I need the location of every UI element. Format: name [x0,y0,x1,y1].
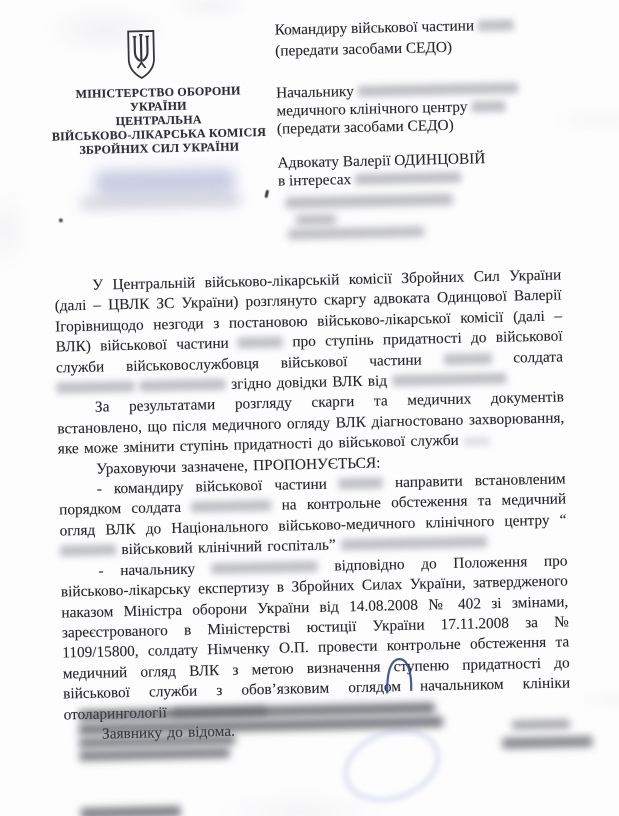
redacted-name [212,561,318,574]
redacted-date-number [392,373,506,386]
redacted-line [288,226,424,239]
scanned-letter-page: МІНІСТЕРСТВО ОБОРОНИ УКРАЇНИ ЦЕНТРАЛЬНА … [0,0,619,816]
redacted-signer-name [502,736,592,749]
pen-signature-stroke [378,653,423,698]
sedo-note-1: (передати засобами СЕДО) [275,36,575,61]
ink-speck [59,218,63,222]
redacted-line [296,214,336,225]
redacted-unit-number [238,337,283,349]
redacted-hospital-name [60,545,116,557]
paragraph-complaint: У Центральній військово-лікарській коміс… [54,265,564,398]
letter-body: У Центральній військово-лікарській коміс… [54,265,571,745]
sedo-note-2-text: (передати засобами СЕДО) [277,117,454,138]
redacted-stamp-blur [79,193,241,210]
ukraine-trident-emblem-icon [123,27,160,82]
redacted-signer-name [512,719,570,729]
redacted-unit-number [478,19,514,31]
interests-text: в інтересах [278,171,352,190]
p2-text: За результатами розгляду скарги та медич… [57,389,564,458]
redacted-patronymic [140,379,226,392]
document-content: МІНІСТЕРСТВО ОБОРОНИ УКРАЇНИ ЦЕНТРАЛЬНА … [0,0,619,816]
recipient-commander-text: Командиру військової частини [275,17,475,38]
recipients-block: Командиру військової частини (передати з… [275,15,580,239]
redacted-text [471,101,505,113]
recipient-chief-text: Начальнику [276,83,354,102]
p1-text-c: солдата [513,348,563,366]
redacted-name [355,172,461,185]
sedo-note-1-text: (передати засобами СЕДО) [275,39,452,60]
redacted-signer-line [79,748,229,761]
redacted-line [285,194,452,209]
paragraph-findings: За результатами розгляду скарги та медич… [57,388,565,460]
letterhead: МІНІСТЕРСТВО ОБОРОНИ УКРАЇНИ ЦЕНТРАЛЬНА … [37,25,280,158]
recipient-commander-line: Командиру військової частини [275,15,575,40]
redacted-name [191,500,271,513]
redacted-surname [56,381,134,394]
redacted-unit-number [339,477,383,489]
item1-text-d: військовий клінічний госпіталь” [121,537,336,559]
redacted-unit-number [443,353,491,365]
ink-speck [264,190,269,198]
item1-text-a: - командиру військової частини [97,476,328,498]
redacted-stamp-blur [95,168,236,197]
proposal-item-commander: - командиру військової частини направити… [59,470,568,563]
redacted-name [358,82,518,96]
item2-text-a: - начальнику [98,560,195,579]
proposal-item-chief: - начальнику відповідно до Положення про… [60,551,570,725]
redacted-signer-line [79,735,235,748]
redacted-footer-line [81,806,181,816]
p1-text-d: згідно довідки ВЛК від [231,372,387,392]
redacted-text [341,536,487,550]
redacted-text [464,437,490,446]
